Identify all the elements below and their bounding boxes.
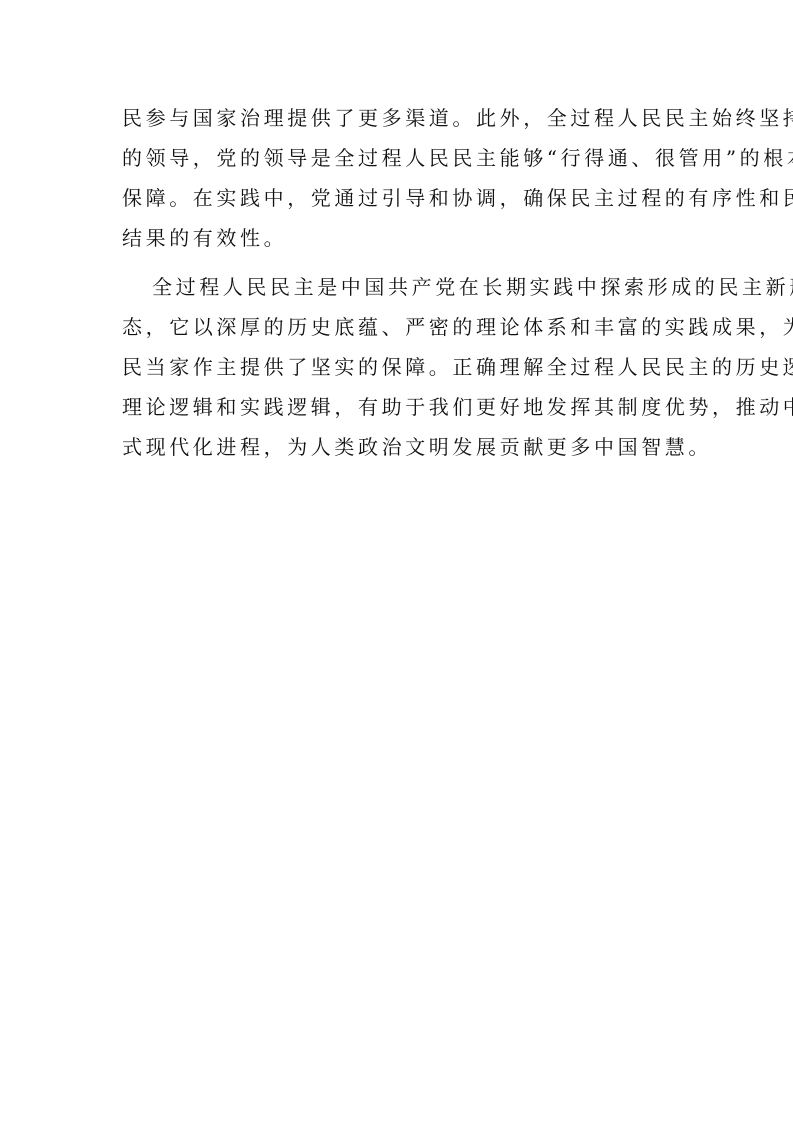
paragraph-spacing — [122, 258, 682, 267]
text-line: 结果的有效性。 — [122, 218, 682, 258]
text-line: 保障。在实践中，党通过引导和协调，确保民主过程的有序性和民主 — [122, 178, 682, 218]
text-line: 态，它以深厚的历史底蕴、严密的理论体系和丰富的实践成果，为人 — [122, 307, 682, 347]
document-body: 民参与国家治理提供了更多渠道。此外，全过程人民民主始终坚持党 的领导，党的领导是… — [122, 98, 682, 467]
paragraph-2: 全过程人民民主是中国共产党在长期实践中探索形成的民主新形 态，它以深厚的历史底蕴… — [122, 267, 682, 467]
text-line: 理论逻辑和实践逻辑，有助于我们更好地发挥其制度优势，推动中国 — [122, 387, 682, 427]
text-line: 全过程人民民主是中国共产党在长期实践中探索形成的民主新形 — [122, 267, 682, 307]
text-line: 民参与国家治理提供了更多渠道。此外，全过程人民民主始终坚持党 — [122, 98, 682, 138]
text-line: 式现代化进程，为人类政治文明发展贡献更多中国智慧。 — [122, 427, 682, 467]
text-line: 的领导，党的领导是全过程人民民主能够“行得通、很管用”的根本 — [122, 138, 682, 178]
text-line: 民当家作主提供了坚实的保障。正确理解全过程人民民主的历史逻辑、 — [122, 347, 682, 387]
paragraph-1: 民参与国家治理提供了更多渠道。此外，全过程人民民主始终坚持党 的领导，党的领导是… — [122, 98, 682, 258]
document-page: 民参与国家治理提供了更多渠道。此外，全过程人民民主始终坚持党 的领导，党的领导是… — [0, 0, 793, 1122]
